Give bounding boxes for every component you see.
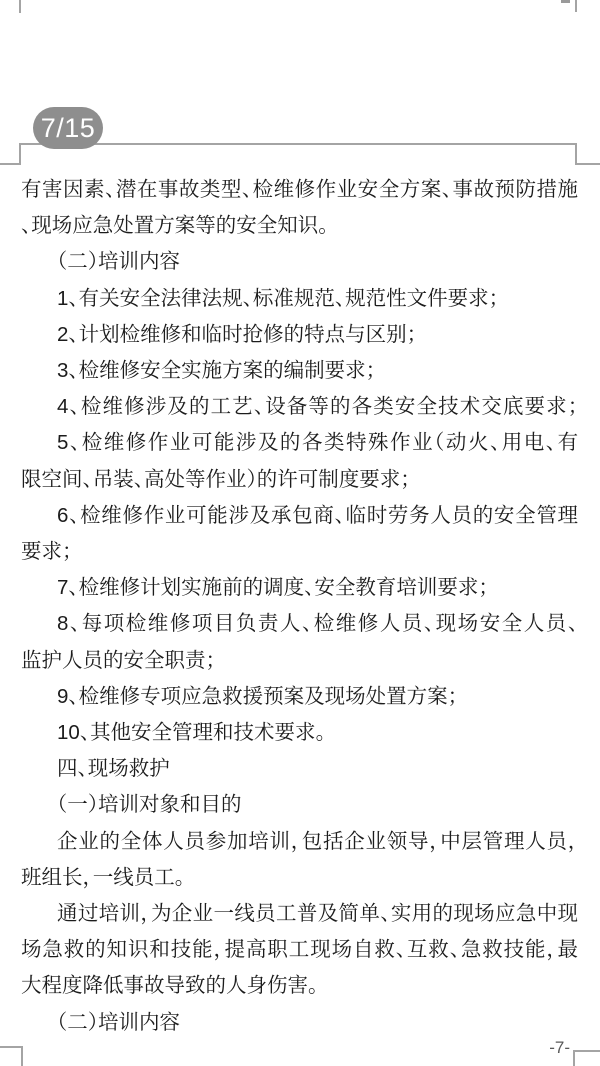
- prev-page-right-corner-mark: [575, 0, 577, 12]
- separator-right-corner-horizontal-mark: [575, 163, 600, 165]
- text-line: （一）培训对象和目的: [21, 787, 578, 823]
- text-line: 9、检维修专项应急救援预案及现场处置方案；: [21, 679, 578, 715]
- document-body: 有害因素、潜在事故类型、检维修作业安全方案、事故预防措施、现场应急处置方案等的安…: [21, 172, 578, 1041]
- text-line: 4、检维修涉及的工艺、设备等的各类安全技术交底要求；: [21, 389, 578, 425]
- page-separator-line: [20, 143, 576, 145]
- next-page-top-left-vertical-mark: [21, 1046, 23, 1066]
- text-line: （二）培训内容: [21, 1005, 578, 1041]
- footer-page-number: -7-: [549, 1038, 570, 1058]
- text-line: 大程度降低事故导致的人身伤害。: [21, 968, 578, 1004]
- page-indicator-badge: 7/15: [33, 107, 103, 149]
- separator-right-corner-vertical-mark: [575, 143, 577, 165]
- text-line: 10、其他安全管理和技术要求。: [21, 715, 578, 751]
- text-line: 限空间、吊装、高处等作业）的许可制度要求；: [21, 462, 578, 498]
- next-page-top-left-horizontal-mark: [0, 1046, 23, 1048]
- prev-page-left-corner-mark: [19, 0, 21, 13]
- text-line: 6、检维修作业可能涉及承包商、临时劳务人员的安全管理: [21, 498, 578, 534]
- next-page-top-right-vertical-mark: [573, 1050, 575, 1066]
- text-line: 要求；: [21, 534, 578, 570]
- separator-left-corner-vertical-mark: [19, 143, 21, 165]
- text-line: 场急救的知识和技能，提高职工现场自救、互救、急救技能，最: [21, 932, 578, 968]
- text-line: 3、检维修安全实施方案的编制要求；: [21, 353, 578, 389]
- next-page-top-right-horizontal-mark: [573, 1050, 600, 1052]
- text-line: 有害因素、潜在事故类型、检维修作业安全方案、事故预防措施: [21, 172, 578, 208]
- text-line: 企业的全体人员参加培训，包括企业领导，中层管理人员，: [21, 824, 578, 860]
- prev-page-footer-fragment-mark: [561, 0, 570, 3]
- text-line: 四、现场救护: [21, 751, 578, 787]
- text-line: 监护人员的安全职责；: [21, 643, 578, 679]
- text-line: 8、每项检维修项目负责人、检维修人员、现场安全人员、: [21, 606, 578, 642]
- text-line: 、现场应急处置方案等的安全知识。: [21, 208, 578, 244]
- text-line: 2、计划检维修和临时抢修的特点与区别；: [21, 317, 578, 353]
- text-line: 班组长，一线员工。: [21, 860, 578, 896]
- text-line: 7、检维修计划实施前的调度、安全教育培训要求；: [21, 570, 578, 606]
- document-viewer-page: 7/15 有害因素、潜在事故类型、检维修作业安全方案、事故预防措施、现场应急处置…: [0, 0, 600, 1066]
- text-line: 5、检维修作业可能涉及的各类特殊作业（动火、用电、有: [21, 425, 578, 461]
- separator-left-corner-horizontal-mark: [0, 163, 21, 165]
- text-line: 通过培训，为企业一线员工普及简单、实用的现场应急中现: [21, 896, 578, 932]
- text-line: （二）培训内容: [21, 244, 578, 280]
- text-line: 1、有关安全法律法规、标准规范、规范性文件要求；: [21, 281, 578, 317]
- page-indicator-label: 7/15: [41, 113, 96, 144]
